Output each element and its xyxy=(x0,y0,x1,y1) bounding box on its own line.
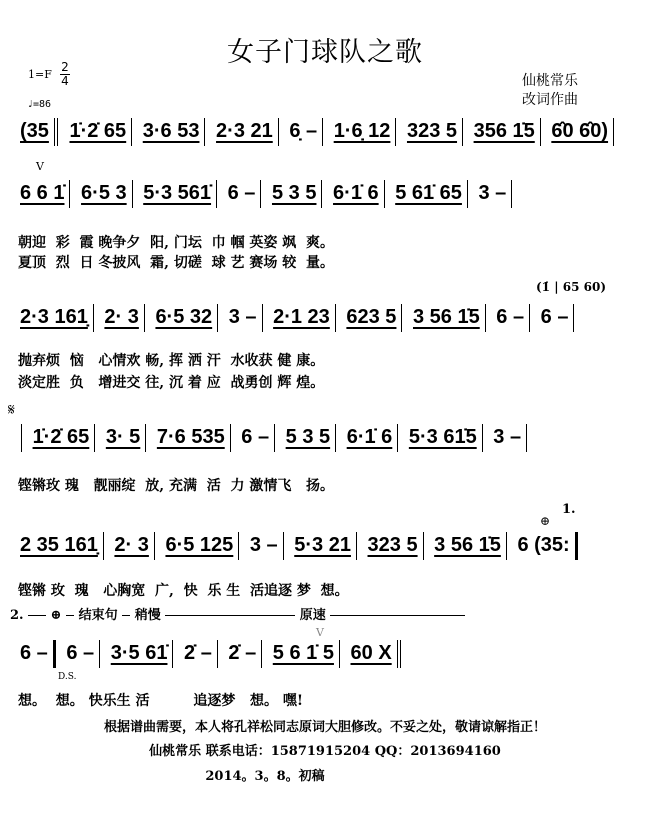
barline xyxy=(335,304,336,332)
measure: 2·3 21 xyxy=(214,120,275,143)
draft-date: 2014。3。8。初稿 xyxy=(0,765,590,784)
credit-role: 改词作曲 xyxy=(522,91,578,110)
barline xyxy=(529,304,530,332)
coda-icon: ⊕ xyxy=(540,514,550,528)
measure: 6 – xyxy=(18,642,50,665)
staff-system-4: 1̇·2̇ 65 3· 5 7·6 535 6 – 5 3 5 6·1̇ 6 5… xyxy=(18,424,638,452)
barline xyxy=(339,640,340,668)
barline xyxy=(540,118,541,146)
measure: 6 – xyxy=(64,642,96,665)
dal-segno-mark: D.S. xyxy=(58,672,76,682)
measure: (35 xyxy=(18,120,51,143)
barline xyxy=(482,424,483,452)
barline xyxy=(204,118,205,146)
barline xyxy=(21,424,22,452)
barline xyxy=(261,640,262,668)
barline xyxy=(230,424,231,452)
measure: 6 – xyxy=(539,306,571,329)
tempo-marking: ♩=86 xyxy=(27,99,51,110)
measure: 5·3 561̇ xyxy=(141,182,213,205)
lyrics-verse-1: 朝迎 彩 霞 晚争夕 阳, 门坛 巾 帼 英姿 飒 爽。 xyxy=(18,232,648,252)
time-signature-top: 2 xyxy=(60,61,70,74)
measure: 3·5 61̇ xyxy=(109,642,170,665)
original-tempo-label: 原速 xyxy=(300,608,326,623)
barline xyxy=(278,118,279,146)
slow-tempo-label: 稍慢 xyxy=(135,608,161,623)
barline xyxy=(462,118,463,146)
time-signature-bottom: 4 xyxy=(60,75,70,88)
barline xyxy=(573,304,574,332)
credits: 仙桃常乐 改词作曲 xyxy=(522,72,578,110)
measure: 323 5 xyxy=(405,120,459,143)
measure: 60 X xyxy=(349,642,394,665)
barline xyxy=(131,118,132,146)
lyrics-verse-2: 夏顶 烈 日 冬披风 霜, 切磋 球 艺 赛场 较 量。 xyxy=(18,252,648,272)
measure: 3 – xyxy=(476,182,508,205)
barline xyxy=(154,532,155,560)
measure: 6̂0 6̂0) xyxy=(549,120,610,143)
song-title: 女子门球队之歌 xyxy=(0,30,650,69)
bracket-line xyxy=(165,615,295,616)
barline xyxy=(103,532,104,560)
measure: 5 6 1̇ 5 xyxy=(271,642,336,665)
barline xyxy=(94,424,95,452)
contact-info: 仙桃常乐 联系电话：15871915204 QQ：2013694160 xyxy=(0,740,650,759)
accented-interlude: (1̇ | 65 60) xyxy=(536,280,606,294)
barline xyxy=(506,532,507,560)
measure: 2·1 23 xyxy=(271,306,332,329)
measure: 2· 3 xyxy=(112,534,150,557)
measure: 6·5 3 xyxy=(79,182,129,205)
coda-icon: ⊕ xyxy=(51,608,62,623)
measure: 6 – xyxy=(239,426,271,449)
barline xyxy=(216,180,217,208)
measure: 6·5 125 xyxy=(163,534,235,557)
lyrics-verse-1: 抛弃烦 恼 心情欢 畅, 挥 洒 汗 水收获 健 康。 xyxy=(18,350,648,370)
barline xyxy=(485,304,486,332)
measure: 2·3 161̣ xyxy=(18,306,90,329)
barline xyxy=(467,180,468,208)
breath-mark: V xyxy=(316,626,324,639)
segno-icon: 𝄋 xyxy=(8,400,15,420)
measure: 6·1̇ 6 xyxy=(331,182,381,205)
staff-system-6: 6 – 6 – 3·5 61̇ 2̇ – 2̇ – 5 6 1̇ 5 60 X xyxy=(18,640,638,668)
barline xyxy=(217,304,218,332)
measure: 3· 5 xyxy=(104,426,142,449)
measure: 5 61̇ 65 xyxy=(393,182,464,205)
barline xyxy=(283,532,284,560)
lyrics-chorus: 铿锵 玫 瑰 心胸宽 广, 快 乐 生 活追逐 梦 想。 xyxy=(18,580,648,600)
measure: 1̇·2̇ 65 xyxy=(31,426,92,449)
barline xyxy=(423,532,424,560)
time-signature: 2 4 xyxy=(60,61,70,88)
measure: 3 56 1̇5 xyxy=(411,306,482,329)
barline xyxy=(274,424,275,452)
lyrics-chorus: 铿锵玫 瑰 靓丽绽 放, 充满 活 力 激情飞 扬。 xyxy=(18,475,648,495)
barline xyxy=(145,424,146,452)
measure: 5 3 5 xyxy=(284,426,332,449)
barline xyxy=(335,424,336,452)
measure: 5·3 21 xyxy=(292,534,353,557)
barline xyxy=(401,304,402,332)
key-signature: 1=F xyxy=(28,68,52,81)
bracket-line xyxy=(122,615,130,616)
measure: 2̇ – xyxy=(226,642,258,665)
phrase-label: 结束句 xyxy=(79,608,118,623)
measure: 623 5 xyxy=(344,306,398,329)
barline xyxy=(53,640,56,668)
measure: 1·6̣ 12 xyxy=(332,120,393,143)
barline xyxy=(526,424,527,452)
barline xyxy=(69,180,70,208)
measure: 3 56 1̇5 xyxy=(432,534,503,557)
revision-note: 根据谱曲需要，本人将孔祥松同志原词大胆修改。不妥之处，敬请谅解指正！ xyxy=(0,716,650,735)
staff-system-5: 2 35 161̣ 2· 3 6·5 125 3 – 5·3 21 323 5 … xyxy=(18,532,638,560)
barline xyxy=(321,180,322,208)
measure: 6 – xyxy=(226,182,258,205)
second-ending-bracket: 2. ⊕ 结束句 稍慢 原速 xyxy=(10,604,610,623)
measure: 356 1̇5 xyxy=(472,120,537,143)
bracket-line xyxy=(28,615,46,616)
barline-final xyxy=(397,640,398,668)
barline xyxy=(397,424,398,452)
measure: 1̇·2̇ 65 xyxy=(67,120,128,143)
measure: 5 3 5 xyxy=(270,182,318,205)
measure: 5·3 61̇5 xyxy=(407,426,479,449)
measure: 3 – xyxy=(227,306,259,329)
barline xyxy=(132,180,133,208)
barline xyxy=(613,118,614,146)
measure: 3·6 53 xyxy=(141,120,202,143)
barline xyxy=(395,118,396,146)
measure: 6 6 1̇ xyxy=(18,182,66,205)
barline xyxy=(99,640,100,668)
barline xyxy=(260,180,261,208)
staff-system-3: 2·3 161̣ 2· 3 6·5 32 3 – 2·1 23 623 5 3 … xyxy=(18,304,638,332)
bracket-line xyxy=(330,615,465,616)
measure: 6·1̇ 6 xyxy=(345,426,395,449)
measure: 2 35 161̣ xyxy=(18,534,100,557)
barline xyxy=(144,304,145,332)
first-ending-label: 1. xyxy=(562,502,576,517)
measure: 2̇ – xyxy=(182,642,214,665)
barline-repeat-end xyxy=(575,532,578,560)
credit-author: 仙桃常乐 xyxy=(522,72,578,91)
measure: 323 5 xyxy=(366,534,420,557)
measure: 6·5 32 xyxy=(153,306,214,329)
measure: 6 (35: xyxy=(515,534,571,557)
barline xyxy=(93,304,94,332)
lyrics-verse-2: 淡定胜 负 增进交 往, 沉 着 应 战勇创 辉 煌。 xyxy=(18,372,648,392)
measure: 6 – xyxy=(494,306,526,329)
barline xyxy=(384,180,385,208)
second-ending-label: 2. xyxy=(10,608,24,623)
barline-repeat-start xyxy=(54,118,55,146)
bracket-line xyxy=(66,615,74,616)
barline xyxy=(217,640,218,668)
measure: 3 – xyxy=(491,426,523,449)
barline xyxy=(356,532,357,560)
barline xyxy=(262,304,263,332)
measure: 3 – xyxy=(248,534,280,557)
measure: 6̣ – xyxy=(287,120,319,143)
barline xyxy=(172,640,173,668)
measure: 2· 3 xyxy=(102,306,140,329)
barline xyxy=(238,532,239,560)
breath-mark: V xyxy=(36,160,44,173)
measure: 7·6 535 xyxy=(155,426,227,449)
staff-system-1: (35 1̇·2̇ 65 3·6 53 2·3 21 6̣ – 1·6̣ 12 … xyxy=(18,118,638,146)
barline xyxy=(511,180,512,208)
staff-system-2: 6 6 1̇ 6·5 3 5·3 561̇ 6 – 5 3 5 6·1̇ 6 5… xyxy=(18,180,638,208)
barline xyxy=(322,118,323,146)
lyrics-ending: 想。 想。 快乐生 活 追逐梦 想。 嘿! xyxy=(18,690,648,710)
